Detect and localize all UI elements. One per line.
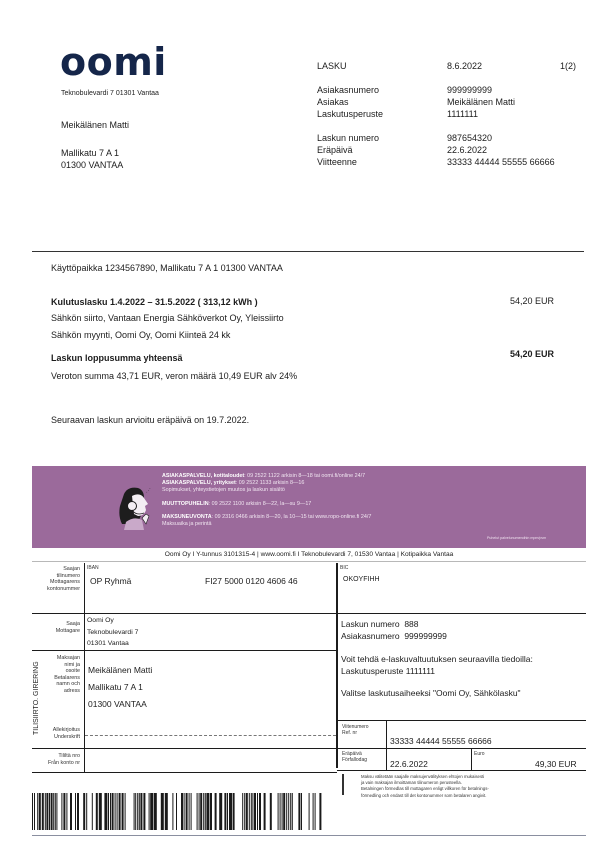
form-line (32, 650, 337, 651)
service-line-households: ASIAKASPALVELU, kotitaloudet: 09 2522 11… (162, 473, 371, 480)
info-row: Laskun numero987654320 (317, 132, 555, 144)
iban-caption: IBAN (87, 565, 99, 571)
recipient-line: Oomi Oy (87, 615, 138, 627)
label-line: Mottagare (34, 628, 80, 635)
info-value: 33333 44444 55555 66666 (447, 156, 555, 168)
recipient-address: Mallikatu 7 A 1 01300 VANTAA (61, 147, 123, 171)
label-line: Från konto nr (34, 760, 80, 767)
signature-line[interactable] (85, 735, 336, 736)
label-line: Allekirjoitus (42, 727, 80, 734)
invoice-number-line: Laskun numero 888 (341, 618, 447, 630)
next-due-date: Seuraavan laskun arvioitu eräpäivä on 19… (51, 415, 249, 425)
einvoice-info: Voit tehdä e-laskuvaltuutuksen seuraavil… (341, 653, 533, 699)
sales-line: Sähkön myynti, Oomi Oy, Oomi Kiinteä 24 … (51, 330, 230, 340)
service-title: ASIAKASPALVELU, yritykset (162, 480, 236, 486)
label-line: Saajan (34, 566, 80, 573)
from-account-label: Tililtä nro Från konto nr (34, 753, 80, 766)
customer-number-line: Asiakasnumero 999999999 (341, 630, 447, 642)
customer-info: Asiakasnumero999999999 AsiakasMeikälänen… (317, 84, 515, 120)
form-line (337, 720, 586, 721)
signature-label: Allekirjoitus Underskrift (42, 727, 80, 740)
disclaimer-line: förmedling och endast till det kontonumm… (361, 793, 489, 799)
info-value: 987654320 (447, 132, 492, 144)
info-row: Asiakasnumero999999999 (317, 84, 515, 96)
call-price-note: Puhelut palvelunumeroihin mpm/pvm (487, 536, 546, 540)
service-subtext: Sopimukset, yhteystietojen muutos ja las… (162, 487, 371, 494)
info-label: Laskun numero (317, 132, 447, 144)
einvoice-line: Laskutusperuste 1111111 (341, 665, 533, 677)
service-title: MUUTTOPUHELIN (162, 501, 209, 507)
invoice-info: Laskun numero987654320 Eräpäivä22.6.2022… (317, 132, 555, 168)
divider (32, 251, 584, 252)
info-row: Laskutusperuste1111111 (317, 108, 515, 120)
form-line (336, 563, 338, 768)
page-number: 1(2) (560, 61, 576, 71)
total-amount: 54,20 EUR (510, 349, 554, 359)
payer-label: Maksajan nimi ja osoite Betalarens namn … (42, 655, 80, 695)
reference-number: 33333 44444 55555 66666 (390, 736, 492, 746)
sender-address: Teknobulevardi 7 01301 Vantaa (61, 90, 159, 97)
service-line-moving: MUUTTOPUHELIN: 09 2522 1100 arkisin 8—22… (162, 501, 371, 508)
info-value: 999999999 (447, 84, 492, 96)
info-label: Laskutusperuste (317, 108, 447, 120)
label-line: Underskrift (42, 734, 80, 741)
payer-block: Meikälänen Matti Mallikatu 7 A 1 01300 V… (88, 662, 152, 713)
total-label: Laskun loppusumma yhteensä (51, 353, 183, 363)
recipient-label: Saaja Mottagare (34, 621, 80, 634)
label-line: osoite (42, 668, 80, 675)
recipient-line: 01301 Vantaa (87, 638, 138, 650)
service-detail: : 09 2522 1100 arkisin 8—22, la—su 9—17 (209, 501, 312, 507)
info-value: 22.6.2022 (447, 144, 487, 156)
label-line: Förfallodag (342, 757, 367, 763)
tax-line: Veroton summa 43,71 EUR, veron määrä 10,… (51, 371, 297, 381)
form-line (32, 772, 337, 773)
label-line: Maksajan (42, 655, 80, 662)
recipient-city: 01300 VANTAA (61, 159, 123, 171)
svg-text:⋰: ⋰ (146, 488, 151, 494)
form-line (471, 748, 472, 770)
customer-service-info: ASIAKASPALVELU, kotitaloudet: 09 2522 11… (162, 473, 371, 528)
label-line: Mottagarens (34, 579, 80, 586)
company-footer: Oomi Oy I Y-tunnus 3101315-4 | www.oomi.… (32, 551, 586, 558)
euro-caption: Euro (474, 751, 485, 757)
form-line (32, 613, 586, 614)
recipient-account-label: Saajan tilinumero Mottagarens kontonumme… (34, 566, 80, 592)
due-date-label: Eräpäivä Förfallodag (342, 751, 367, 763)
form-line (337, 770, 586, 771)
info-label: Eräpäivä (317, 144, 447, 156)
service-title: MAKSUNEUVONTA (162, 514, 212, 520)
invoice-date: 8.6.2022 (447, 61, 482, 71)
invoice-number-value: 888 (404, 619, 418, 629)
info-row: Viitteenne33333 44444 55555 66666 (317, 156, 555, 168)
amount-value: 49,30 EUR (535, 759, 577, 769)
reference-label: Viitenumero Ref. nr (342, 724, 369, 736)
form-line (84, 563, 85, 773)
recipient-block: Oomi Oy Teknobulevardi 7 01301 Vantaa (87, 615, 138, 650)
label-line: Tililtä nro (34, 753, 80, 760)
info-label: Asiakas (317, 96, 447, 108)
iban-value: FI27 5000 0120 4606 46 (205, 576, 298, 586)
invoice-number-label: Laskun numero (341, 619, 400, 629)
transmission-line: Sähkön siirto, Vantaan Energia Sähköverk… (51, 313, 284, 323)
giro-vertical-label: TILISIIRTO. GIRERING (33, 661, 40, 735)
label-line: kontonummer (34, 586, 80, 593)
service-detail: : 09 2316 0466 arkisin 8—20, la 10—15 ta… (212, 514, 372, 520)
form-line (32, 748, 586, 749)
recipient-name: Meikälänen Matti (61, 120, 129, 130)
barcode (32, 793, 322, 830)
service-subtext: Maksuaika ja perintä (162, 521, 371, 528)
payment-disclaimer: Maksu välitetään saajalle maksujenvälity… (361, 774, 489, 799)
customer-number-value: 999999999 (404, 631, 447, 641)
recipient-street: Mallikatu 7 A 1 (61, 147, 123, 159)
bic-value: OKOYFIHH (343, 575, 380, 585)
info-row: Eräpäivä22.6.2022 (317, 144, 555, 156)
service-line-payment-advice: MAKSUNEUVONTA: 09 2316 0466 arkisin 8—20… (162, 514, 371, 521)
oomi-logo: oomi (60, 44, 167, 80)
label-line: nimi ja (42, 662, 80, 669)
usage-place: Käyttöpaikka 1234567890, Mallikatu 7 A 1… (51, 263, 283, 273)
invoice-ref-block: Laskun numero 888 Asiakasnumero 99999999… (341, 618, 447, 642)
label-line: adress (42, 688, 80, 695)
label-line: Saaja (34, 621, 80, 628)
divider (342, 774, 344, 795)
recipient-line: Teknobulevardi 7 (87, 627, 138, 639)
label-line: tilinumero (34, 573, 80, 580)
payer-line: Mallikatu 7 A 1 (88, 679, 152, 696)
label-line: Ref. nr (342, 730, 369, 736)
einvoice-line: Valitse laskutusaiheeksi "Oomi Oy, Sähkö… (341, 687, 533, 699)
info-row: AsiakasMeikälänen Matti (317, 96, 515, 108)
info-value: 1111111 (447, 108, 478, 120)
form-line (386, 720, 387, 770)
customer-service-agent-icon: ⋰ (118, 486, 152, 530)
einvoice-line: Voit tehdä e-laskuvaltuutuksen seuraavil… (341, 653, 533, 665)
invoice-title: LASKU (317, 61, 347, 71)
service-title: ASIAKASPALVELU, kotitaloudet (162, 473, 244, 479)
consumption-title: Kulutuslasku 1.4.2022 – 31.5.2022 ( 313,… (51, 297, 258, 307)
info-label: Asiakasnumero (317, 84, 447, 96)
bic-caption: BIC (340, 565, 348, 571)
disclaimer-line: Betalningen förmedlas till mottagaren en… (361, 786, 489, 792)
consumption-amount: 54,20 EUR (510, 296, 554, 306)
divider (32, 561, 586, 562)
info-value: Meikälänen Matti (447, 96, 515, 108)
bank-name: OP Ryhmä (90, 576, 131, 586)
divider (32, 835, 586, 836)
service-detail: : 09 2522 1122 arkisin 8—18 tai oomi.fi/… (244, 473, 365, 479)
service-detail: : 09 2522 1133 arkisin 8—16 (236, 480, 305, 486)
due-date-value: 22.6.2022 (390, 759, 428, 769)
info-label: Viitteenne (317, 156, 447, 168)
customer-number-label: Asiakasnumero (341, 631, 400, 641)
payer-line: 01300 VANTAA (88, 696, 152, 713)
label-line: namn och (42, 681, 80, 688)
label-line: Betalarens (42, 675, 80, 682)
payer-line: Meikälänen Matti (88, 662, 152, 679)
service-line-companies: ASIAKASPALVELU, yritykset: 09 2522 1133 … (162, 480, 371, 487)
